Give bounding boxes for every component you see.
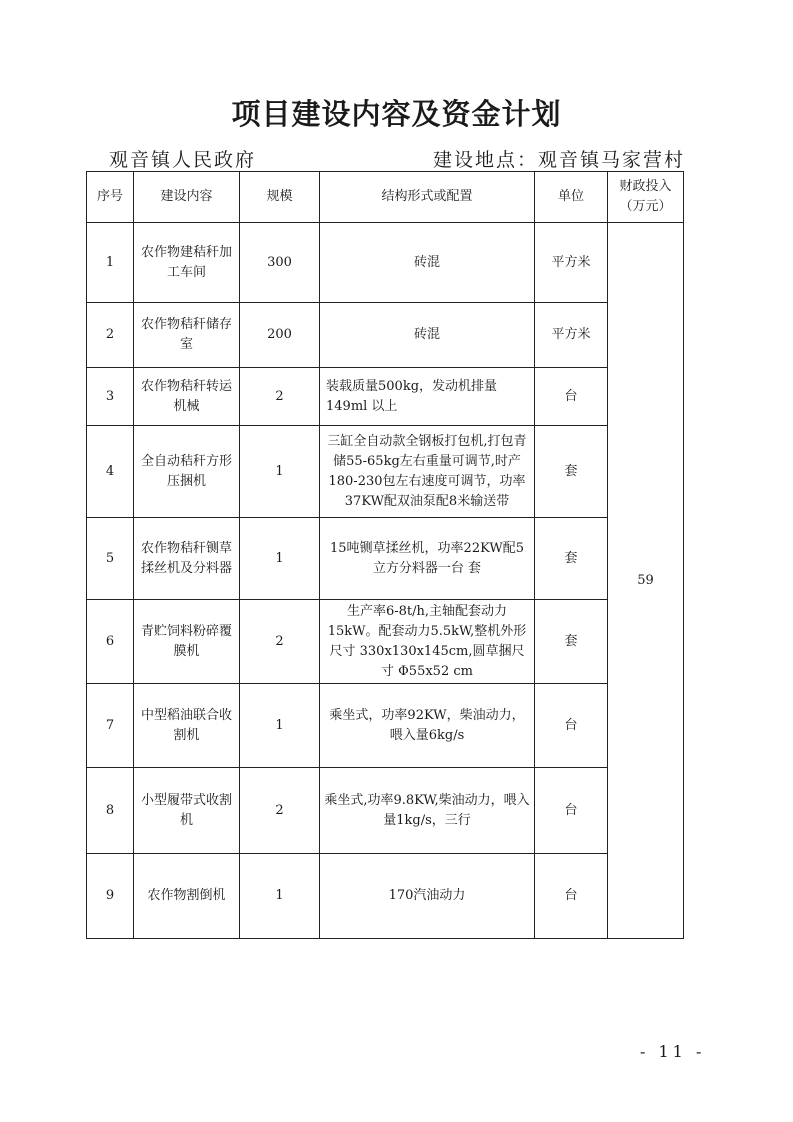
cell-spec: 170汽油动力 [320, 854, 535, 939]
cell-unit: 套 [535, 426, 608, 518]
cell-scale: 200 [240, 303, 320, 368]
cell-unit: 套 [535, 600, 608, 684]
header-finance-line2: （万元） [619, 199, 671, 214]
cell-no: 1 [87, 223, 134, 303]
issuer: 观音镇人民政府 [109, 145, 256, 172]
cell-content: 农作物割倒机 [134, 854, 240, 939]
cell-no: 5 [87, 518, 134, 600]
cell-unit: 台 [535, 684, 608, 768]
table-row: 2 农作物秸秆储存室 200 砖混 平方米 [87, 303, 684, 368]
project-plan-table: 序号 建设内容 规模 结构形式或配置 单位 财政投入 （万元） 1 农作物建秸秆… [86, 171, 684, 939]
cell-content: 小型履带式收割机 [134, 768, 240, 854]
table-row: 3 农作物秸秆转运机械 2 装载质量500kg，发动机排量149ml 以上 台 [87, 368, 684, 426]
table-row: 5 农作物秸秆铡草揉丝机及分料器 1 15吨铡草揉丝机，功率22KW配5立方分料… [87, 518, 684, 600]
cell-scale: 2 [240, 600, 320, 684]
cell-spec: 砖混 [320, 223, 535, 303]
header-scale: 规模 [240, 172, 320, 223]
cell-scale: 2 [240, 368, 320, 426]
header-unit: 单位 [535, 172, 608, 223]
cell-unit: 台 [535, 768, 608, 854]
page-number: - 11 - [640, 1042, 705, 1061]
cell-unit: 平方米 [535, 223, 608, 303]
cell-content: 农作物秸秆储存室 [134, 303, 240, 368]
cell-spec: 乘坐式，功率92KW，柴油动力，喂入量6kg/s [320, 684, 535, 768]
cell-no: 7 [87, 684, 134, 768]
cell-spec: 装载质量500kg，发动机排量149ml 以上 [320, 368, 535, 426]
cell-no: 2 [87, 303, 134, 368]
cell-spec: 三缸全自动款全钢板打包机,打包青储55-65kg左右重量可调节,时产180-23… [320, 426, 535, 518]
cell-spec: 乘坐式,功率9.8KW,柴油动力，喂入量1kg/s，三行 [320, 768, 535, 854]
cell-content: 农作物秸秆铡草揉丝机及分料器 [134, 518, 240, 600]
document-title: 项目建设内容及资金计划 [0, 92, 793, 133]
construction-location: 建设地点：观音镇马家营村 [433, 145, 685, 172]
cell-total-investment: 59 [608, 223, 684, 939]
cell-scale: 1 [240, 518, 320, 600]
cell-scale: 1 [240, 426, 320, 518]
table-header-row: 序号 建设内容 规模 结构形式或配置 单位 财政投入 （万元） [87, 172, 684, 223]
cell-scale: 300 [240, 223, 320, 303]
cell-unit: 台 [535, 368, 608, 426]
table-row: 7 中型稻油联合收割机 1 乘坐式，功率92KW，柴油动力，喂入量6kg/s 台 [87, 684, 684, 768]
cell-content: 农作物秸秆转运机械 [134, 368, 240, 426]
cell-no: 3 [87, 368, 134, 426]
cell-no: 4 [87, 426, 134, 518]
cell-scale: 2 [240, 768, 320, 854]
cell-unit: 平方米 [535, 303, 608, 368]
cell-unit: 套 [535, 518, 608, 600]
cell-spec: 15吨铡草揉丝机，功率22KW配5立方分料器一台 套 [320, 518, 535, 600]
cell-content: 中型稻油联合收割机 [134, 684, 240, 768]
table-row: 8 小型履带式收割机 2 乘坐式,功率9.8KW,柴油动力，喂入量1kg/s，三… [87, 768, 684, 854]
cell-content: 青贮饲料粉碎覆膜机 [134, 600, 240, 684]
header-finance: 财政投入 （万元） [608, 172, 684, 223]
cell-scale: 1 [240, 854, 320, 939]
header-content: 建设内容 [134, 172, 240, 223]
cell-scale: 1 [240, 684, 320, 768]
table-row: 9 农作物割倒机 1 170汽油动力 台 [87, 854, 684, 939]
cell-no: 6 [87, 600, 134, 684]
table-row: 1 农作物建秸秆加工车间 300 砖混 平方米 59 [87, 223, 684, 303]
header-spec: 结构形式或配置 [320, 172, 535, 223]
cell-spec: 砖混 [320, 303, 535, 368]
table-row: 4 全自动秸秆方形压捆机 1 三缸全自动款全钢板打包机,打包青储55-65kg左… [87, 426, 684, 518]
cell-content: 农作物建秸秆加工车间 [134, 223, 240, 303]
header-no: 序号 [87, 172, 134, 223]
cell-no: 9 [87, 854, 134, 939]
cell-spec: 生产率6-8t/h,主轴配套动力15kW。配套动力5.5kW,整机外形尺寸 33… [320, 600, 535, 684]
cell-unit: 台 [535, 854, 608, 939]
header-finance-line1: 财政投入 [619, 179, 671, 194]
cell-no: 8 [87, 768, 134, 854]
table-row: 6 青贮饲料粉碎覆膜机 2 生产率6-8t/h,主轴配套动力15kW。配套动力5… [87, 600, 684, 684]
cell-content: 全自动秸秆方形压捆机 [134, 426, 240, 518]
